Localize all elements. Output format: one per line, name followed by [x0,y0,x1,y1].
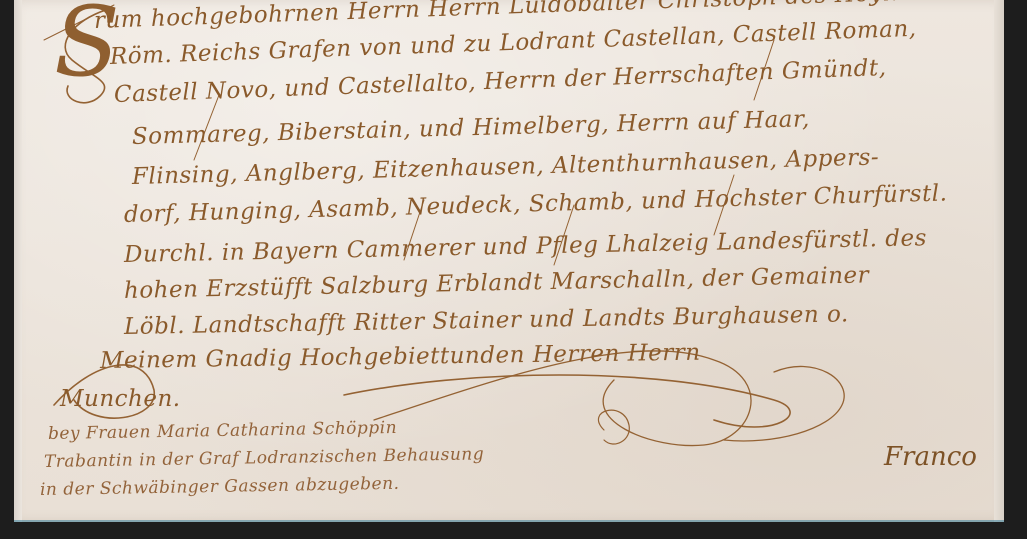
address-line: Durchl. in Bayern Cammerer und Pfleg Lha… [124,225,927,268]
paper-fold-left [14,0,22,522]
address-line: hohen Erzstüfft Salzburg Erblandt Marsch… [124,262,870,304]
address-line: Flinsing, Anglberg, Eitzenhausen, Altent… [132,144,880,190]
delivery-note-line: bey Frauen Maria Catharina Schöppin [48,418,397,444]
letter-paper: S rum hochgebohrnen Herrn Herrn Luidobal… [14,0,1004,522]
delivery-note-line: in der Schwäbinger Gassen abzugeben. [40,474,400,500]
franco-postal-mark: Franco [884,442,977,472]
city-line: Munchen. [60,386,181,412]
delivery-note-line: Trabantin in der Graf Lodranzischen Beha… [44,444,484,472]
document-viewer: S rum hochgebohrnen Herrn Herrn Luidobal… [0,0,1027,539]
paper-edge-bottom [14,520,1004,522]
paper-edge-right [994,0,1004,522]
salutation-line: Meinem Gnadig Hochgebiettunden Herren He… [100,340,701,374]
address-line: Löbl. Landtschafft Ritter Stainer und La… [124,301,849,340]
address-line: dorf, Hunging, Asamb, Neudeck, Schamb, u… [124,180,948,228]
address-line: Sommareg, Biberstain, und Himelberg, Her… [132,106,810,150]
